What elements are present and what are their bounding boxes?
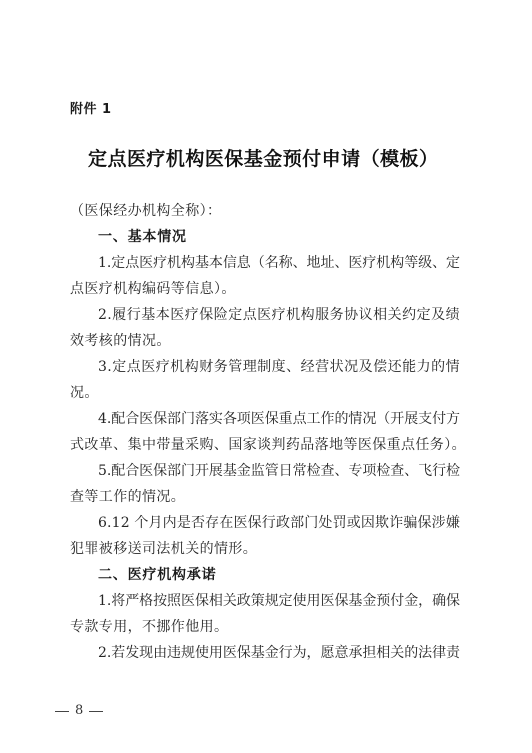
attachment-label: 附件 1 [70, 101, 112, 119]
paragraph-line: 3.定点医疗机构财务管理制度、经营状况及偿还能力的情 [98, 354, 460, 380]
paragraph-line: 点医疗机构编码等信息）。 [70, 276, 462, 302]
paragraph-line: 2.若发现由违规使用医保基金行为，愿意承担相关的法律责 [98, 640, 460, 666]
page-number-value: 8 [75, 702, 83, 720]
paragraph-line: 效考核的情况。 [70, 328, 462, 354]
dash-right [89, 711, 103, 712]
paragraph-line: 1.定点医疗机构基本信息（名称、地址、医疗机构等级、定 [98, 250, 460, 276]
paragraph-line: 查等工作的情况。 [70, 484, 462, 510]
section-heading-commitment: 二、医疗机构承诺 [98, 562, 460, 588]
page-number: 8 [55, 702, 103, 720]
paragraph-line: 4.配合医保部门落实各项医保重点工作的情况（开展支付方 [98, 406, 460, 432]
addressee-line: （医保经办机构全称）： [70, 198, 462, 224]
paragraph-line: 1.将严格按照医保相关政策规定使用医保基金预付金，确保 [98, 588, 460, 614]
document-title: 定点医疗机构医保基金预付申请（模板） [88, 145, 438, 173]
paragraph-line: 6.12 个月内是否存在医保行政部门处罚或因欺诈骗保涉嫌 [98, 510, 460, 536]
dash-left [55, 711, 69, 712]
paragraph-line: 专款专用，不挪作他用。 [70, 614, 462, 640]
section-heading-basic-info: 一、基本情况 [98, 224, 460, 250]
paragraph-line: 况。 [70, 380, 462, 406]
paragraph-line: 犯罪被移送司法机关的情形。 [70, 536, 462, 562]
paragraph-line: 式改革、集中带量采购、国家谈判药品落地等医保重点任务）。 [70, 432, 466, 458]
paragraph-line: 2.履行基本医疗保险定点医疗机构服务协议相关约定及绩 [98, 302, 460, 328]
paragraph-line: 5.配合医保部门开展基金监管日常检查、专项检查、飞行检 [98, 458, 460, 484]
document-page: 附件 1 定点医疗机构医保基金预付申请（模板） （医保经办机构全称）： 一、基本… [0, 0, 532, 753]
